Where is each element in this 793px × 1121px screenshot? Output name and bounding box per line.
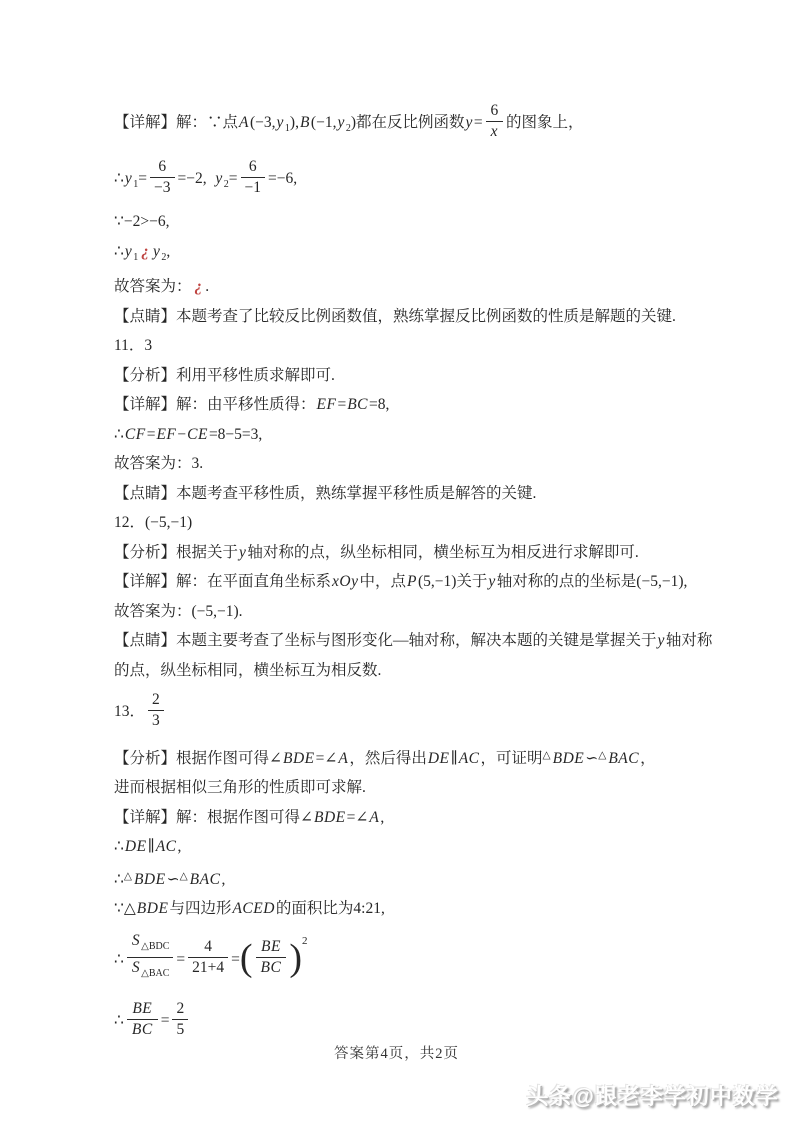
red-placeholder-symbol: ¿ xyxy=(138,243,152,260)
text-run: =−6, xyxy=(268,170,297,187)
text-run: = xyxy=(138,170,147,187)
text-run: 轴对称的点的坐标是(−5,−1), xyxy=(497,573,688,590)
text-run: S xyxy=(131,932,141,949)
text-run: 故答案为：(−5,−1). xyxy=(114,603,243,620)
text-run: A xyxy=(238,114,250,131)
text-run: ∴ xyxy=(114,426,124,443)
text-run: BC xyxy=(346,396,369,413)
text-run: DE xyxy=(124,838,148,855)
text-run: y xyxy=(657,632,666,649)
fraction: 421+4 xyxy=(188,937,228,978)
text-run: ，然后得出 xyxy=(349,750,427,767)
text-run: 11．3 xyxy=(114,337,152,354)
doc-line-13: 12．(−5,−1) xyxy=(114,512,714,533)
doc-line-26: ∴S△BDCS△BAC=421+4=(BEBC)2 xyxy=(114,928,714,990)
text-run: BC xyxy=(260,959,283,976)
text-run: A xyxy=(337,750,349,767)
text-run: P xyxy=(406,573,418,590)
text-run: −1 xyxy=(245,179,262,196)
text-run: y xyxy=(124,243,133,260)
text-run: ∴ xyxy=(114,1012,124,1029)
text-run: y xyxy=(238,544,247,561)
text-run: 2 xyxy=(176,1000,184,1017)
triangle-symbol: △ xyxy=(543,750,552,761)
text-run: ∽ xyxy=(167,871,180,888)
text-run: 6 xyxy=(490,102,498,119)
doc-line-15: 【详解】解：在平面直角坐标系xOy中，点P(5,−1)关于y轴对称的点的坐标是(… xyxy=(114,571,714,592)
text-run: 4 xyxy=(204,938,212,955)
text-run: , xyxy=(221,871,225,888)
doc-line-24: ∴△BDE∽△BAC, xyxy=(114,866,714,890)
text-run: ∴ xyxy=(114,871,124,888)
text-run: (−3, xyxy=(250,114,276,131)
text-run: = xyxy=(176,951,185,968)
text-run: ∵△ xyxy=(114,900,136,917)
doc-line-23: ∴DE∥AC, xyxy=(114,836,714,857)
text-run: 【分析】根据作图可得∠ xyxy=(114,750,282,767)
text-run: =8, xyxy=(369,396,389,413)
text-run: S xyxy=(131,959,141,976)
doc-line-12: 【点睛】本题考查平移性质，熟练掌握平移性质是解答的关键. xyxy=(114,483,714,504)
fraction: 23 xyxy=(148,690,164,731)
text-run: AC xyxy=(155,838,178,855)
doc-line-11: 故答案为：3. xyxy=(114,453,714,474)
text-run: BE xyxy=(260,938,282,955)
text-run: B xyxy=(299,114,311,131)
text-run: xOy xyxy=(331,573,359,590)
text-run: y xyxy=(487,573,496,590)
doc-line-6: 【点睛】本题考查了比较反比例函数值，熟练掌握反比例函数的性质是解题的关键. xyxy=(114,306,714,327)
text-run: = xyxy=(161,1012,170,1029)
text-run: 【点睛】本题考查了比较反比例函数值，熟练掌握反比例函数的性质是解题的关键. xyxy=(114,308,676,325)
doc-line-7: 11．3 xyxy=(114,335,714,356)
doc-line-14: 【分析】根据关于y轴对称的点，纵坐标相同，横坐标互为相反进行求解即可. xyxy=(114,542,714,563)
text-run: BAC xyxy=(607,750,640,767)
text-run: = xyxy=(337,396,346,413)
doc-line-22: 【详解】解：根据作图可得∠BDE=∠A, xyxy=(114,807,714,828)
text-run: BE xyxy=(131,1000,153,1017)
text-run: ∴ xyxy=(114,170,124,187)
text-run: BDE xyxy=(552,750,586,767)
text-run: 6 xyxy=(158,158,166,175)
text-run: x xyxy=(490,123,499,140)
red-placeholder-symbol: ¿ xyxy=(192,278,206,295)
doc-line-27: ∴BEBC=25 xyxy=(114,998,714,1045)
text-run: , xyxy=(166,243,170,260)
text-run: 21+4 xyxy=(192,959,224,976)
text-run: (−1, xyxy=(311,114,337,131)
text-run: 【详解】解：根据作图可得∠ xyxy=(114,809,313,826)
text-run: △BAC xyxy=(141,968,169,979)
doc-line-9: 【详解】解：由平移性质得：EF=BC=8, xyxy=(114,394,714,415)
text-run: 进而根据相似三角形的性质即可求解. xyxy=(114,779,366,796)
text-run: CF xyxy=(124,426,147,443)
text-run: 6 xyxy=(249,158,257,175)
text-run: 12．(−5,−1) xyxy=(114,514,192,531)
text-run: ∴ xyxy=(114,951,124,968)
text-run: BDE xyxy=(136,900,170,917)
page-footer: 答案第4页，共2页 xyxy=(0,1042,793,1063)
text-run: ， xyxy=(640,750,656,767)
text-run: )都在反比例函数 xyxy=(351,114,465,131)
text-run: 的点，纵坐标相同，横坐标互为相反数. xyxy=(114,662,381,679)
text-run: BC xyxy=(131,1021,154,1038)
doc-line-18: 的点，纵坐标相同，横坐标互为相反数. xyxy=(114,660,714,681)
text-run: − xyxy=(177,426,186,443)
text-run: ，可证明 xyxy=(481,750,543,767)
text-run: ∥ xyxy=(148,838,155,855)
doc-line-16: 故答案为：(−5,−1). xyxy=(114,601,714,622)
text-run: ) xyxy=(289,937,302,979)
text-run: 与四边形 xyxy=(169,900,231,917)
doc-line-3: ∵−2>−6, xyxy=(114,211,714,232)
text-run: 轴对称 xyxy=(666,632,713,649)
document-body: 【详解】解：∵点A(−3,y1),B(−1,y2)都在反比例函数y=6x的图象上… xyxy=(114,100,714,1053)
text-run: y xyxy=(124,170,133,187)
fraction: 6−3 xyxy=(150,157,175,198)
text-run: 轴对称的点，纵坐标相同，横坐标互为相反进行求解即可. xyxy=(247,544,638,561)
text-run: = xyxy=(474,114,483,131)
fraction: BEBC xyxy=(127,999,158,1040)
text-run: 的面积比为4:21, xyxy=(276,900,385,917)
doc-line-21: 进而根据相似三角形的性质即可求解. xyxy=(114,777,714,798)
text-run: BDE xyxy=(282,750,316,767)
text-run: EF xyxy=(316,396,338,413)
fraction: 6x xyxy=(486,101,503,142)
text-run: AC xyxy=(458,750,481,767)
text-run: ∴ xyxy=(114,838,124,855)
text-run: 3 xyxy=(152,712,160,729)
text-run: , xyxy=(178,838,182,855)
doc-line-25: ∵△BDE与四边形ACED的面积比为4:21, xyxy=(114,898,714,919)
text-run: 5 xyxy=(176,1021,184,1038)
text-run: y xyxy=(214,170,223,187)
text-run: 故答案为：3. xyxy=(114,455,203,472)
text-run: . xyxy=(205,278,209,295)
text-run: y xyxy=(152,243,161,260)
doc-line-4: ∴y1¿y2, xyxy=(114,241,714,268)
text-run: BDE xyxy=(133,871,167,888)
text-run: CE xyxy=(186,426,209,443)
text-run: =−2, xyxy=(178,170,215,187)
document-page: 【详解】解：∵点A(−3,y1),B(−1,y2)都在反比例函数y=6x的图象上… xyxy=(0,0,793,1121)
text-run: 【详解】解：由平移性质得： xyxy=(114,396,316,413)
text-run: 【分析】利用平移性质求解即可. xyxy=(114,367,335,384)
text-run: 2 xyxy=(302,935,308,947)
text-run: ( xyxy=(240,937,253,979)
text-run: △BDC xyxy=(141,941,169,952)
text-run: 【分析】根据关于 xyxy=(114,544,238,561)
text-run: 的图象上， xyxy=(506,114,584,131)
doc-line-10: ∴CF=EF−CE=8−5=3, xyxy=(114,424,714,445)
text-run: 【点睛】本题考查平移性质，熟练掌握平移性质是解答的关键. xyxy=(114,485,536,502)
text-run: BAC xyxy=(189,871,222,888)
text-run: ∽ xyxy=(585,750,598,767)
text-run: (5,−1)关于 xyxy=(418,573,487,590)
doc-line-20: 【分析】根据作图可得∠BDE=∠A，然后得出DE∥AC，可证明△BDE∽△BAC… xyxy=(114,745,714,769)
text-run: =∠ xyxy=(347,809,369,826)
text-run: , xyxy=(380,809,384,826)
fraction: S△BDCS△BAC xyxy=(127,931,174,984)
text-run: =∠ xyxy=(316,750,338,767)
text-run: y xyxy=(336,114,345,131)
text-run: DE xyxy=(427,750,451,767)
triangle-symbol: △ xyxy=(124,871,133,882)
text-run: 2 xyxy=(152,691,160,708)
fraction: 6−1 xyxy=(241,157,266,198)
text-run: A xyxy=(368,809,380,826)
doc-line-5: 故答案为：¿. xyxy=(114,276,714,297)
text-run: EF xyxy=(155,426,177,443)
text-run: =8−5=3, xyxy=(209,426,262,443)
text-run: 中，点 xyxy=(359,573,406,590)
text-run: −3 xyxy=(154,179,171,196)
fraction: BEBC xyxy=(256,937,287,978)
triangle-symbol: △ xyxy=(180,871,189,882)
text-run: y xyxy=(465,114,474,131)
doc-line-8: 【分析】利用平移性质求解即可. xyxy=(114,365,714,386)
text-run: ACED xyxy=(231,900,275,917)
doc-line-1: 【详解】解：∵点A(−3,y1),B(−1,y2)都在反比例函数y=6x的图象上… xyxy=(114,100,714,147)
text-run: 故答案为： xyxy=(114,278,192,295)
doc-line-2: ∴y1=6−3=−2, y2=6−1=−6, xyxy=(114,156,714,203)
text-run: ), xyxy=(290,114,299,131)
doc-line-17: 【点睛】本题主要考查了坐标与图形变化—轴对称，解决本题的关键是掌握关于y轴对称 xyxy=(114,630,714,651)
text-run: 【详解】解：∵点 xyxy=(114,114,238,131)
doc-line-19: 13．23 xyxy=(114,689,714,736)
watermark: 头条@跟老李学初中数学 xyxy=(527,1080,779,1111)
fraction: 25 xyxy=(172,999,188,1040)
text-run: 【点睛】本题主要考查了坐标与图形变化—轴对称，解决本题的关键是掌握关于 xyxy=(114,632,657,649)
text-run: BDE xyxy=(313,809,347,826)
text-run: = xyxy=(231,951,240,968)
text-run: y xyxy=(276,114,285,131)
text-run: ∥ xyxy=(451,750,458,767)
text-run: = xyxy=(229,170,238,187)
text-run: 13． xyxy=(114,703,145,720)
text-run: 【详解】解：在平面直角坐标系 xyxy=(114,573,331,590)
triangle-symbol: △ xyxy=(598,750,607,761)
text-run: ∵−2>−6, xyxy=(114,213,169,230)
text-run: ∴ xyxy=(114,243,124,260)
